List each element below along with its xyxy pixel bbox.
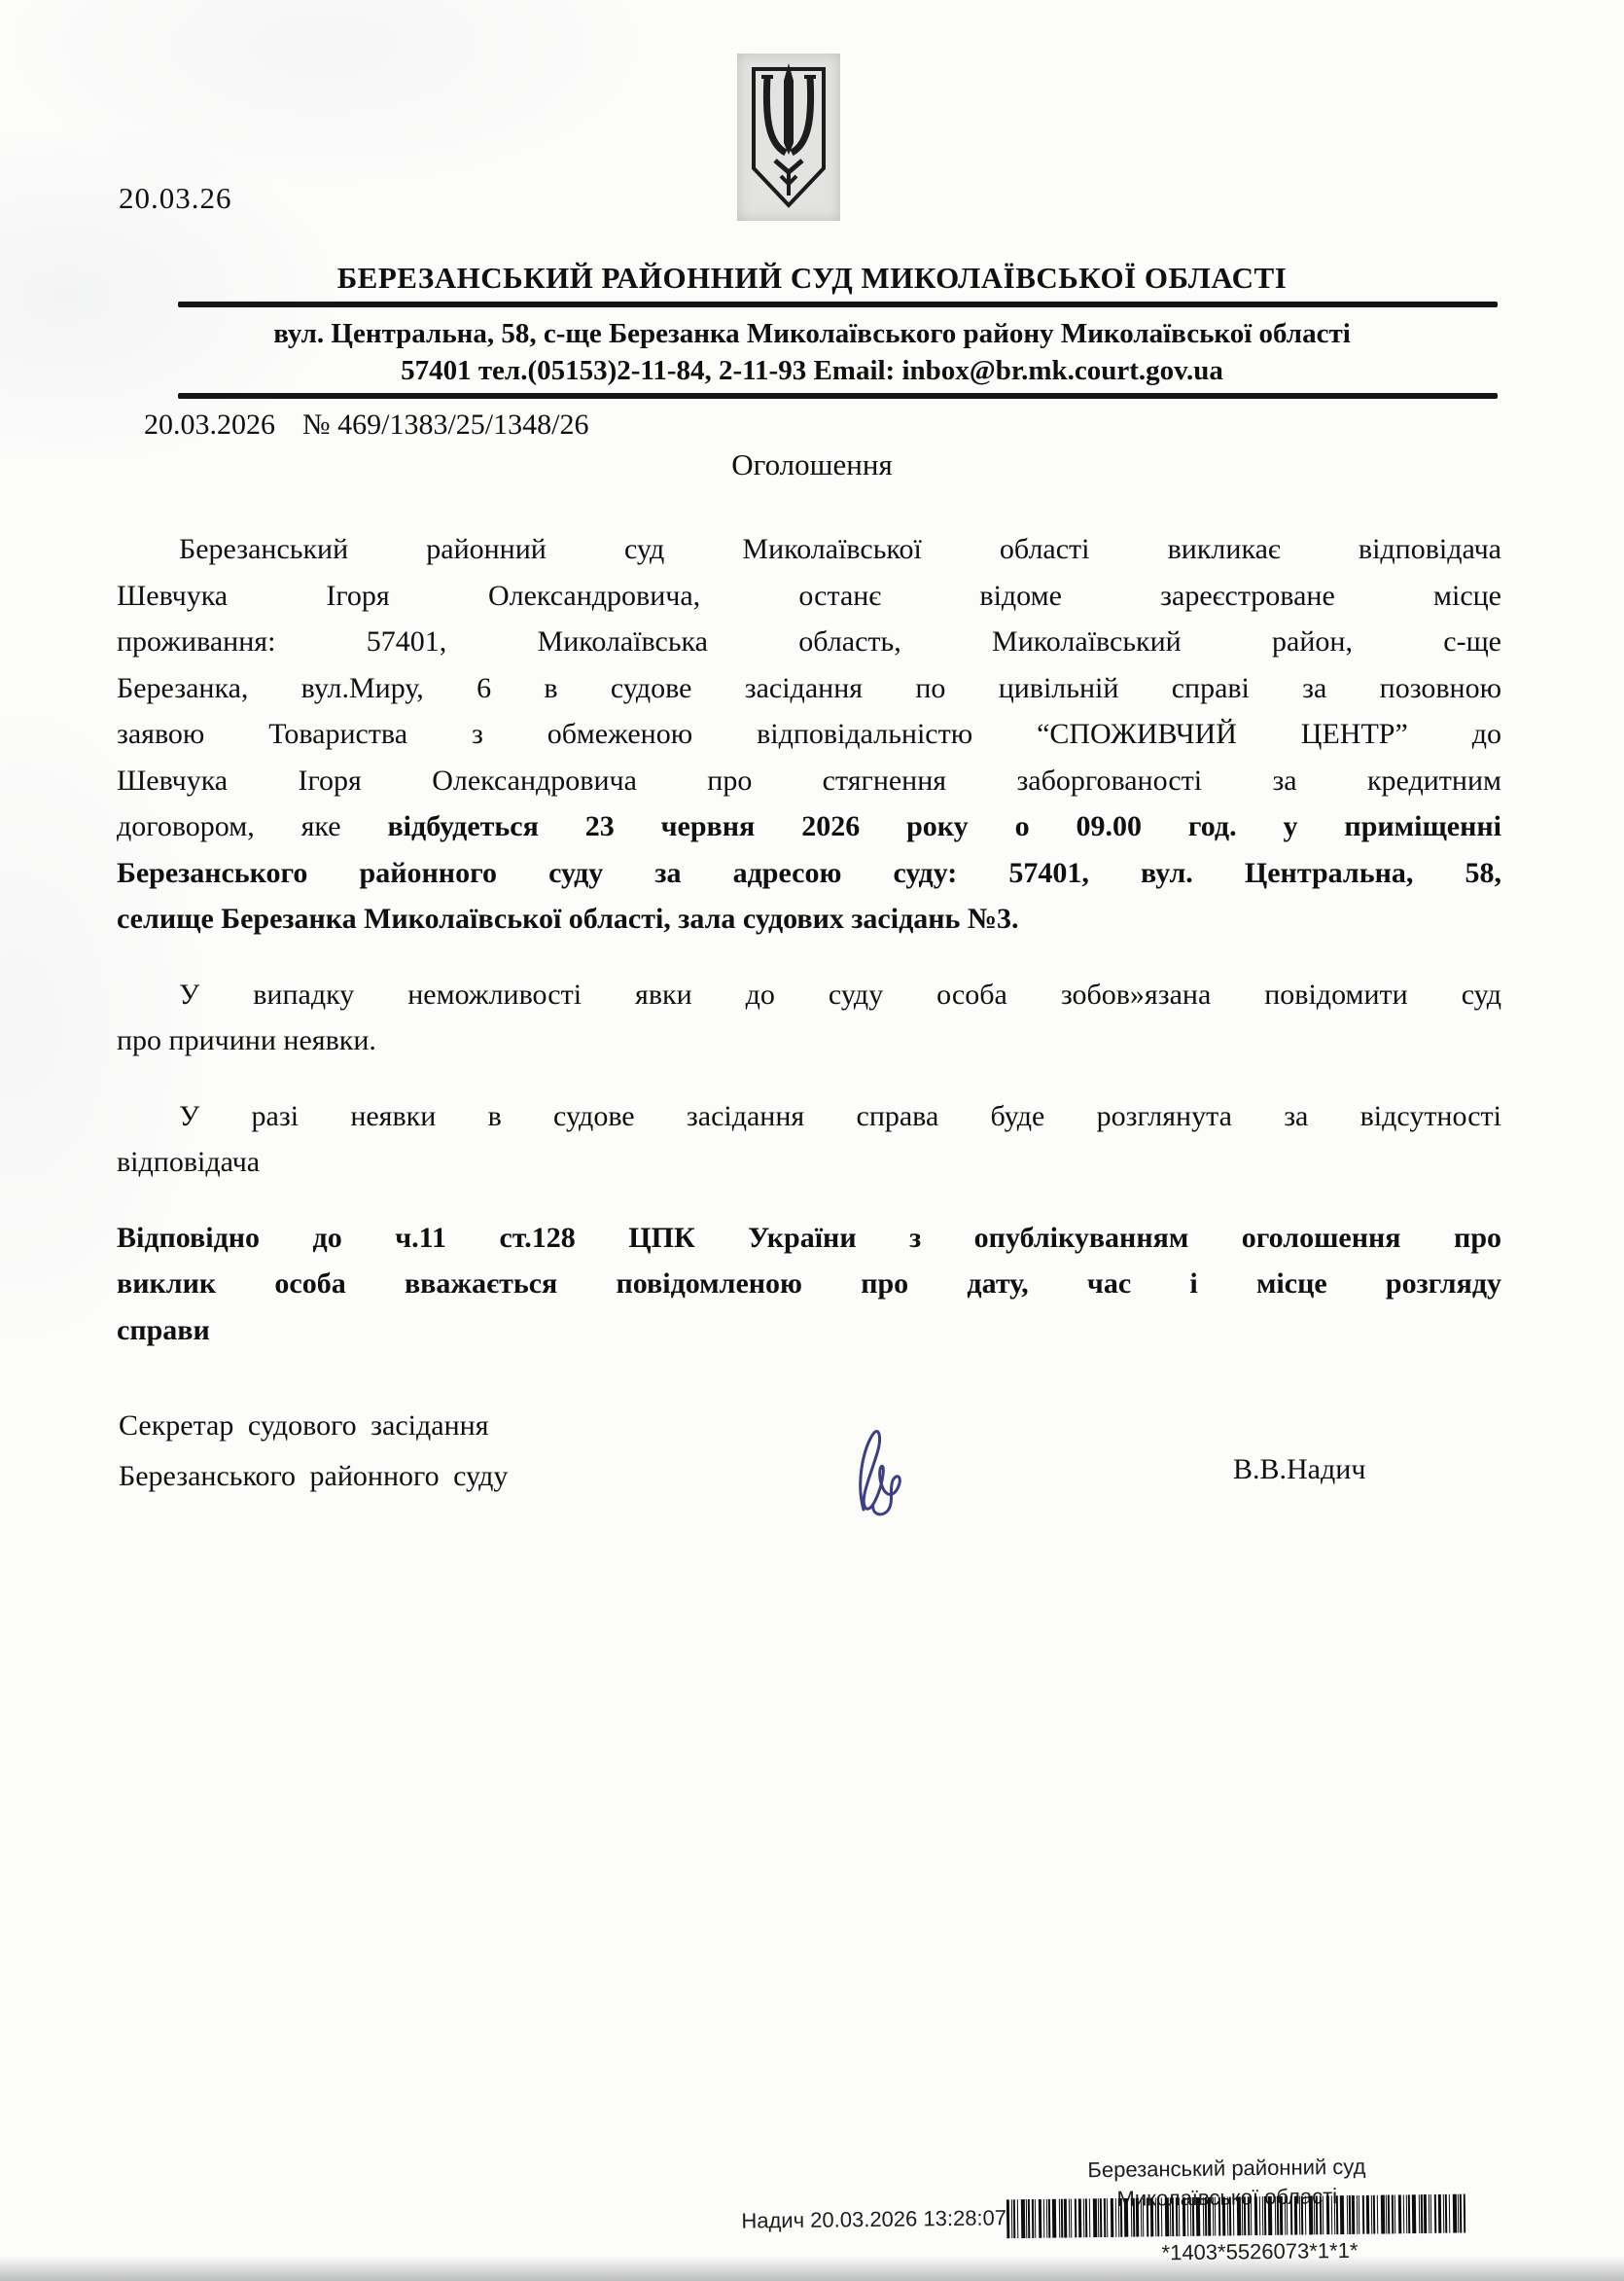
- document-line: договором, яке відбудеться 23 червня 202…: [117, 803, 1501, 850]
- document-line: справи: [117, 1307, 1501, 1354]
- document-line: про причини неявки.: [117, 1017, 1501, 1064]
- scan-edge-shadow: [0, 2256, 1624, 2281]
- document-title: Оголошення: [0, 447, 1624, 482]
- document-line: У випадку неможливості явки до суду особ…: [117, 972, 1501, 1018]
- document-line: відповідача: [117, 1139, 1501, 1186]
- document-line: Березанського районного суду за адресою …: [117, 850, 1501, 897]
- document-line: Шевчука Ігоря Олександровича про стягнен…: [117, 758, 1501, 804]
- trident-icon: [737, 53, 840, 221]
- court-name-header: БЕРЕЗАНСЬКИЙ РАЙОННИЙ СУД МИКОЛАЇВСЬКОЇ …: [0, 261, 1624, 296]
- paragraph: У разі неявки в судове засідання справа …: [117, 1093, 1501, 1186]
- header-rule-bottom: [178, 393, 1498, 399]
- footer-court-line1: Березанський районний суд: [1041, 2152, 1411, 2186]
- reference-date: 20.03.2026: [144, 409, 275, 441]
- footer-timestamp: Надич 20.03.2026 13:28:07: [720, 2205, 1006, 2234]
- signature-ink-icon: [834, 1418, 932, 1527]
- signature-role: Секретар судового засідання Березанськог…: [119, 1401, 508, 1502]
- header-rule-top: [178, 302, 1498, 307]
- document-line: селище Березанка Миколаївської області, …: [117, 896, 1501, 943]
- ukraine-trident-coat-of-arms: [737, 53, 840, 221]
- paragraph: У випадку неможливості явки до суду особ…: [117, 972, 1501, 1064]
- case-number: № 469/1383/25/1348/26: [302, 409, 588, 441]
- signature-role-line1: Секретар судового засідання: [119, 1401, 508, 1451]
- handwritten-signature: [834, 1418, 932, 1527]
- barcode: [1006, 2194, 1465, 2239]
- document-line: проживання: 57401, Миколаївська область,…: [117, 619, 1501, 665]
- document-line: заявою Товариства з обмеженою відповідал…: [117, 711, 1501, 758]
- announcement-body: Березанський районний суд Миколаївської …: [117, 526, 1501, 1382]
- signature-role-line2: Березанського районного суду: [119, 1451, 508, 1502]
- document-line: У разі неявки в судове засідання справа …: [117, 1093, 1501, 1140]
- handwritten-date-stamp: 20.03.26: [119, 181, 232, 216]
- signatory-name: В.В.Надич: [1233, 1453, 1365, 1486]
- document-line: Березанський районний суд Миколаївської …: [117, 526, 1501, 573]
- document-line: Березанка, вул.Миру, 6 в судове засіданн…: [117, 665, 1501, 712]
- document-line: Шевчука Ігоря Олександровича, останє від…: [117, 573, 1501, 620]
- court-address-line2: 57401 тел.(05153)2-11-84, 2-11-93 Email:…: [0, 355, 1624, 387]
- reference-line: 20.03.2026№ 469/1383/25/1348/26: [144, 409, 588, 442]
- court-address-line1: вул. Центральна, 58, с-ще Березанка Мико…: [0, 318, 1624, 350]
- paragraph: Березанський районний суд Миколаївської …: [117, 526, 1501, 943]
- paragraph: Відповідно до ч.11 ст.128 ЦПК України з …: [117, 1215, 1501, 1354]
- document-line: виклик особа вважається повідомленою про…: [117, 1261, 1501, 1307]
- barcode-stripes-icon: [1006, 2194, 1465, 2239]
- document-line: Відповідно до ч.11 ст.128 ЦПК України з …: [117, 1215, 1501, 1262]
